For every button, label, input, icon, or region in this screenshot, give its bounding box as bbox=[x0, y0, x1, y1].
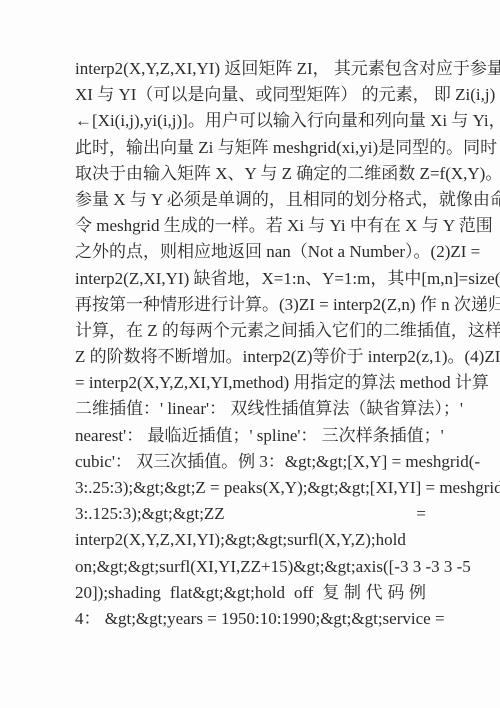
text-line: 3:.125:3);&gt;&gt;ZZ = bbox=[75, 501, 426, 527]
text-line: 取决于由输入矩阵 X、Y 与 Z 确定的二维函数 Z=f(X,Y)。 bbox=[75, 161, 426, 187]
document-page: interp2(X,Y,Z,XI,YI) 返回矩阵 ZI， 其元素包含对应于参量… bbox=[0, 0, 500, 708]
paragraph: interp2(X,Y,Z,XI,YI) 返回矩阵 ZI， 其元素包含对应于参量… bbox=[75, 56, 426, 632]
text-line: interp2(X,Y,Z,XI,YI) 返回矩阵 ZI， 其元素包含对应于参量 bbox=[75, 56, 426, 82]
text-line: 再按第一种情形进行计算。(3)ZI = interp2(Z,n) 作 n 次递归 bbox=[75, 292, 426, 318]
text-line: cubic'： 双三次插值。例 3：&gt;&gt;[X,Y] = meshgr… bbox=[75, 449, 426, 475]
text-line: XI 与 YI（可以是向量、或同型矩阵） 的元素， 即 Zi(i,j) bbox=[75, 82, 426, 108]
text-line: 4： &gt;&gt;years = 1950:10:1990;&gt;&gt;… bbox=[75, 606, 426, 632]
text-line: 之外的点，则相应地返回 nan（Not a Number）。(2)ZI = bbox=[75, 239, 426, 265]
text-line: 3:.25:3);&gt;&gt;Z = peaks(X,Y);&gt;&gt;… bbox=[75, 475, 426, 501]
text-line: interp2(X,Y,Z,XI,YI);&gt;&gt;surfl(X,Y,Z… bbox=[75, 527, 426, 553]
text-line: Z 的阶数将不断增加。interp2(Z)等价于 interp2(z,1)。(4… bbox=[75, 344, 426, 370]
text-line: 20]);shading flat&gt;&gt;hold off 复制代码例 bbox=[75, 580, 426, 606]
text-line: 令 meshgrid 生成的一样。若 Xi 与 Yi 中有在 X 与 Y 范围 bbox=[75, 213, 426, 239]
text-line: ←[Xi(i,j),yi(i,j)]。用户可以输入行向量和列向量 Xi 与 Yi… bbox=[75, 108, 426, 134]
text-line: interp2(Z,XI,YI) 缺省地，X=1:n、Y=1:m，其中[m,n]… bbox=[75, 266, 426, 292]
text-line: 计算，在 Z 的每两个元素之间插入它们的二维插值，这样， bbox=[75, 318, 426, 344]
text-line: = interp2(X,Y,Z,XI,YI,method) 用指定的算法 met… bbox=[75, 370, 426, 396]
text-line: 参量 X 与 Y 必须是单调的，且相同的划分格式，就像由命 bbox=[75, 187, 426, 213]
text-line: 此时，输出向量 Zi 与矩阵 meshgrid(xi,yi)是同型的。同时 bbox=[75, 135, 426, 161]
text-line: 二维插值：' linear'： 双线性插值算法（缺省算法）；' bbox=[75, 396, 426, 422]
text-line: on;&gt;&gt;surfl(XI,YI,ZZ+15)&gt;&gt;axi… bbox=[75, 554, 426, 580]
text-line: nearest'： 最临近插值；' spline'： 三次样条插值；' bbox=[75, 423, 426, 449]
